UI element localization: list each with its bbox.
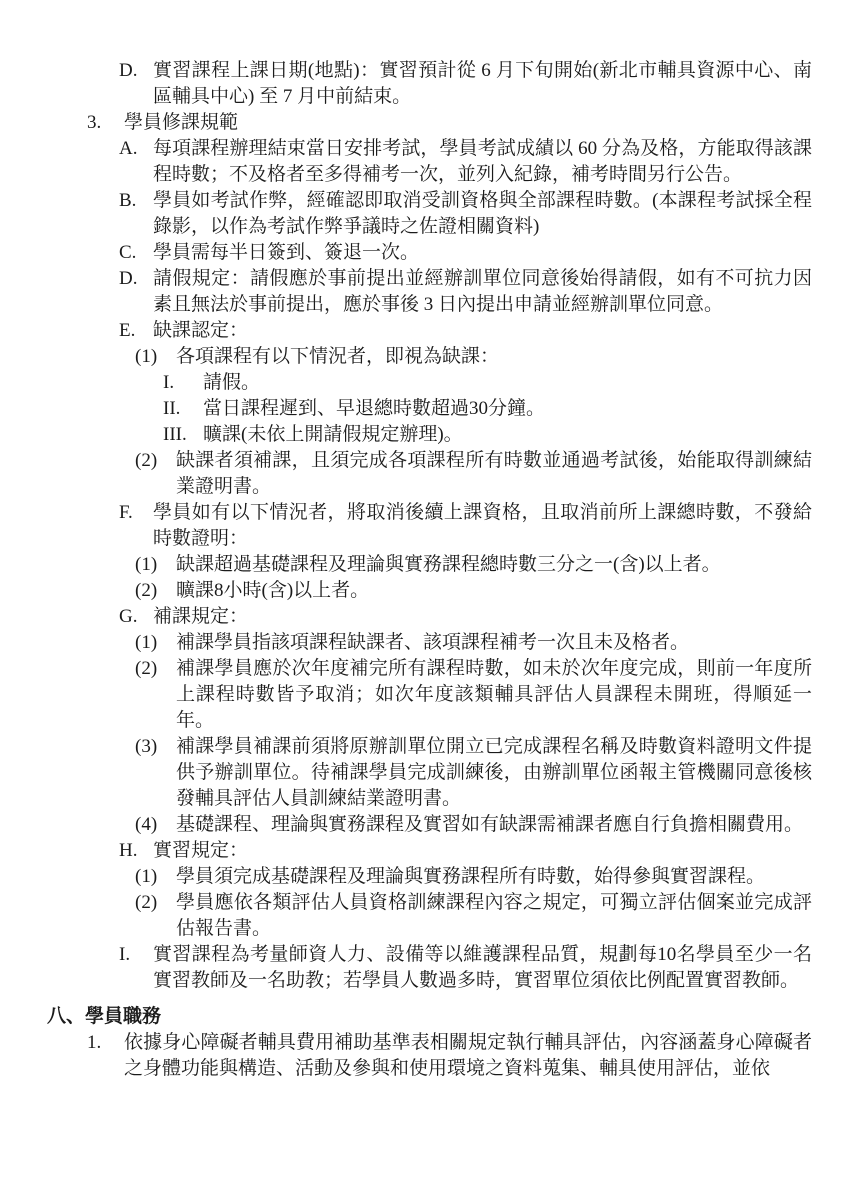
list-item-text: 學員應依各類評估人員資格訓練課程內容之規定，可獨立評估個案並完成評估報告書。 <box>176 890 812 942</box>
list-item-text: 學員需每半日簽到、簽退一次。 <box>153 240 812 266</box>
list-marker: 3. <box>87 110 101 136</box>
list-marker: A. <box>119 136 137 162</box>
list-item-text: 學員須完成基礎課程及理論與實務課程所有時數，始得參與實習課程。 <box>176 864 812 890</box>
list-item: G. 補課規定： <box>0 604 849 630</box>
list-marker: E. <box>119 318 135 344</box>
section-heading: 八、學員職務 <box>0 1004 849 1030</box>
list-marker: (2) <box>135 890 157 916</box>
list-marker: I. <box>119 942 130 968</box>
list-item-text: 實習規定： <box>153 838 812 864</box>
list-item-text: 缺課超過基礎課程及理論與實務課程總時數三分之一(含)以上者。 <box>176 552 812 578</box>
list-marker: D. <box>119 266 137 292</box>
list-marker: F. <box>119 500 133 526</box>
list-item: D. 實習課程上課日期(地點)：實習預計從 6 月下旬開始(新北市輔具資源中心、… <box>0 58 849 110</box>
list-item: D. 請假規定：請假應於事前提出並經辦訓單位同意後始得請假，如有不可抗力因素且無… <box>0 266 849 318</box>
list-marker: H. <box>119 838 137 864</box>
list-item: (2) 缺課者須補課，且須完成各項課程所有時數並通過考試後，始能取得訓練結業證明… <box>0 448 849 500</box>
list-marker: D. <box>119 58 137 84</box>
list-item: (1) 缺課超過基礎課程及理論與實務課程總時數三分之一(含)以上者。 <box>0 552 849 578</box>
list-item: II. 當日課程遲到、早退總時數超過30分鐘。 <box>0 396 849 422</box>
list-marker: (4) <box>135 812 157 838</box>
list-item-text: 曠課(未依上開請假規定辦理)。 <box>203 422 812 448</box>
list-item-text: 基礎課程、理論與實務課程及實習如有缺課需補課者應自行負擔相關費用。 <box>176 812 812 838</box>
list-item: 1. 依據身心障礙者輔具費用補助基準表相關規定執行輔具評估，內容涵蓋身心障礙者之… <box>0 1030 849 1082</box>
list-item: (4) 基礎課程、理論與實務課程及實習如有缺課需補課者應自行負擔相關費用。 <box>0 812 849 838</box>
list-marker: (1) <box>135 552 157 578</box>
list-item: B. 學員如考試作弊，經確認即取消受訓資格與全部課程時數。(本課程考試採全程錄影… <box>0 188 849 240</box>
list-marker: II. <box>163 396 180 422</box>
list-item: (2) 曠課8小時(含)以上者。 <box>0 578 849 604</box>
list-marker: 1. <box>87 1030 101 1056</box>
list-item-text: 依據身心障礙者輔具費用補助基準表相關規定執行輔具評估，內容涵蓋身心障礙者之身體功… <box>124 1030 812 1082</box>
list-item-text: 補課學員應於次年度補完所有課程時數，如未於次年度完成，則前一年度所上課程時數皆予… <box>176 656 812 734</box>
list-item-text: 各項課程有以下情況者，即視為缺課： <box>176 344 812 370</box>
list-marker: (3) <box>135 734 157 760</box>
list-item: A. 每項課程辦理結束當日安排考試，學員考試成績以 60 分為及格，方能取得該課… <box>0 136 849 188</box>
list-marker: III. <box>163 422 187 448</box>
list-marker: (2) <box>135 578 157 604</box>
list-item: (1) 各項課程有以下情況者，即視為缺課： <box>0 344 849 370</box>
list-item: (2) 補課學員應於次年度補完所有課程時數，如未於次年度完成，則前一年度所上課程… <box>0 656 849 734</box>
list-item: I. 請假。 <box>0 370 849 396</box>
list-item-text: 請假。 <box>203 370 812 396</box>
list-marker: C. <box>119 240 136 266</box>
list-item-text: 請假規定：請假應於事前提出並經辦訓單位同意後始得請假，如有不可抗力因素且無法於事… <box>153 266 812 318</box>
list-item: E. 缺課認定： <box>0 318 849 344</box>
list-item-text: 曠課8小時(含)以上者。 <box>176 578 812 604</box>
list-item: F. 學員如有以下情況者，將取消後續上課資格，且取消前所上課總時數，不發給時數證… <box>0 500 849 552</box>
list-item-text: 補課學員指該項課程缺課者、該項課程補考一次且未及格者。 <box>176 630 812 656</box>
list-item: (2) 學員應依各類評估人員資格訓練課程內容之規定，可獨立評估個案並完成評估報告… <box>0 890 849 942</box>
list-item-text: 學員修課規範 <box>124 110 812 136</box>
list-item: H. 實習規定： <box>0 838 849 864</box>
list-marker: I. <box>163 370 174 396</box>
document-content: D. 實習課程上課日期(地點)：實習預計從 6 月下旬開始(新北市輔具資源中心、… <box>0 58 849 1082</box>
list-item-text: 學員如考試作弊，經確認即取消受訓資格與全部課程時數。(本課程考試採全程錄影，以作… <box>153 188 812 240</box>
list-item-text: 缺課認定： <box>153 318 812 344</box>
list-item: (3) 補課學員補課前須將原辦訓單位開立已完成課程名稱及時數資料證明文件提供予辦… <box>0 734 849 812</box>
list-marker: B. <box>119 188 136 214</box>
list-item: III. 曠課(未依上開請假規定辦理)。 <box>0 422 849 448</box>
section-heading-text: 八、學員職務 <box>47 1004 812 1030</box>
document-page: D. 實習課程上課日期(地點)：實習預計從 6 月下旬開始(新北市輔具資源中心、… <box>0 0 849 1200</box>
list-marker: G. <box>119 604 137 630</box>
list-item-text: 缺課者須補課，且須完成各項課程所有時數並通過考試後，始能取得訓練結業證明書。 <box>176 448 812 500</box>
list-marker: (2) <box>135 448 157 474</box>
list-item-text: 每項課程辦理結束當日安排考試，學員考試成績以 60 分為及格，方能取得該課程時數… <box>153 136 812 188</box>
list-item-text: 補課規定： <box>153 604 812 630</box>
list-item: C. 學員需每半日簽到、簽退一次。 <box>0 240 849 266</box>
list-item: 3. 學員修課規範 <box>0 110 849 136</box>
list-marker: (1) <box>135 344 157 370</box>
list-marker: (1) <box>135 630 157 656</box>
list-item-text: 補課學員補課前須將原辦訓單位開立已完成課程名稱及時數資料證明文件提供予辦訓單位。… <box>176 734 812 812</box>
list-marker: (2) <box>135 656 157 682</box>
list-item: (1) 學員須完成基礎課程及理論與實務課程所有時數，始得參與實習課程。 <box>0 864 849 890</box>
list-item-text: 學員如有以下情況者，將取消後續上課資格，且取消前所上課總時數，不發給時數證明： <box>153 500 812 552</box>
list-marker: (1) <box>135 864 157 890</box>
list-item-text: 實習課程上課日期(地點)：實習預計從 6 月下旬開始(新北市輔具資源中心、南區輔… <box>153 58 812 110</box>
list-item: (1) 補課學員指該項課程缺課者、該項課程補考一次且未及格者。 <box>0 630 849 656</box>
list-item-text: 當日課程遲到、早退總時數超過30分鐘。 <box>203 396 812 422</box>
list-item: I. 實習課程為考量師資人力、設備等以維護課程品質，規劃每10名學員至少一名實習… <box>0 942 849 994</box>
list-item-text: 實習課程為考量師資人力、設備等以維護課程品質，規劃每10名學員至少一名實習教師及… <box>153 942 812 994</box>
